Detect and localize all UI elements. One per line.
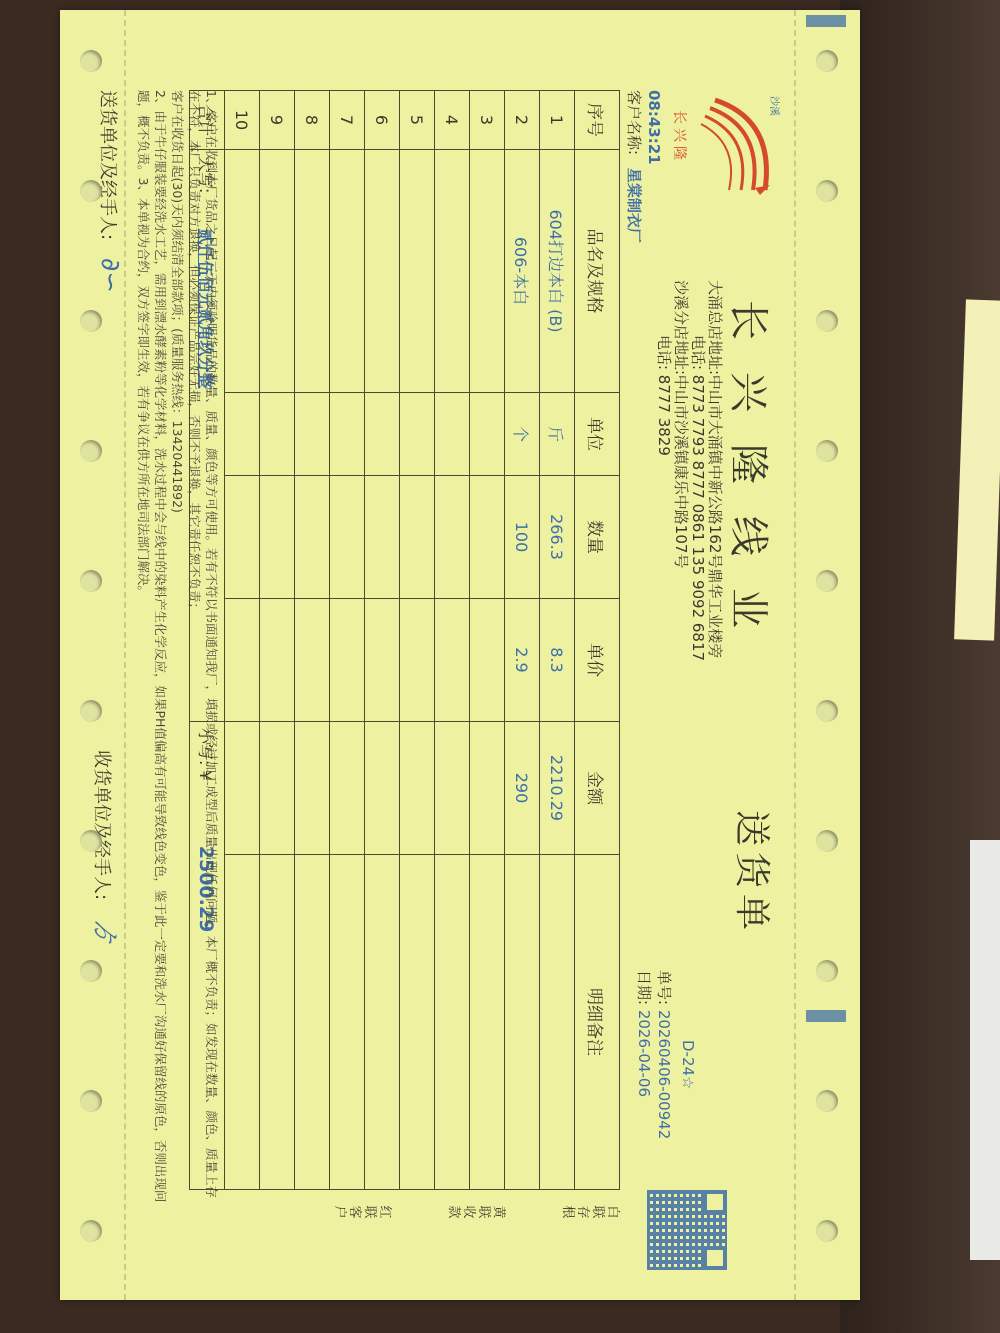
- qr-code-icon: [647, 1190, 727, 1270]
- print-time: 08:43:21: [645, 90, 663, 165]
- row-no: 2: [505, 91, 540, 150]
- table-row: 3: [470, 91, 505, 1190]
- row-unit: [260, 393, 295, 476]
- col-header-note: 明细备注: [575, 855, 620, 1190]
- tractor-hole: [80, 700, 102, 722]
- ink-stamp-mark: [806, 1010, 846, 1022]
- row-amount: [365, 722, 400, 855]
- row-note: [435, 855, 470, 1190]
- row-price: [225, 599, 260, 722]
- row-qty: [260, 476, 295, 599]
- branch-phone: 电话: 8777 3829: [655, 280, 672, 456]
- order-date-label: 日期:: [635, 970, 653, 1005]
- row-note: [365, 855, 400, 1190]
- row-name: [365, 150, 400, 393]
- hq-address: 大涌总店地址: 中山市大涌镇中新公路162号鼎华工业楼旁: [706, 280, 723, 658]
- table-row: 5: [400, 91, 435, 1190]
- document-title: 送货单: [729, 810, 780, 936]
- delivery-note-sheet: 沙溪 长兴隆 长兴隆线业 送货单 大涌总店地址: 中山市大涌镇中新公路162号鼎…: [60, 10, 860, 1300]
- col-header-qty: 数量: [575, 476, 620, 599]
- row-unit: [400, 393, 435, 476]
- row-note: [470, 855, 505, 1190]
- tractor-hole: [816, 50, 838, 72]
- branch-address-value: 中山市沙溪镇康乐中路107号: [672, 375, 690, 569]
- tractor-hole: [816, 1220, 838, 1242]
- row-amount: [260, 722, 295, 855]
- row-qty: [435, 476, 470, 599]
- row-qty: [400, 476, 435, 599]
- row-unit: 个: [505, 393, 540, 476]
- document-header: 沙溪 长兴隆 长兴隆线业 送货单 大涌总店地址: 中山市大涌镇中新公路162号鼎…: [635, 80, 785, 1230]
- hq-phone-value: 8773 7793 8777 0861 135 9092 6817: [689, 375, 707, 661]
- row-unit: [470, 393, 505, 476]
- row-amount: 290: [505, 722, 540, 855]
- col-header-no: 序号: [575, 91, 620, 150]
- row-no: 5: [400, 91, 435, 150]
- row-amount: [435, 722, 470, 855]
- row-note: [330, 855, 365, 1190]
- table-header-row: 序号 品名及规格 单位 数量 单价 金额 明细备注: [575, 91, 620, 1190]
- row-name: [400, 150, 435, 393]
- logo-caption: 沙溪: [768, 96, 783, 116]
- customer-line: 客户名称: 星棠制衣厂: [624, 90, 645, 243]
- background-paper: [970, 840, 1000, 1260]
- branch-phone-value: 8777 3829: [655, 375, 673, 456]
- row-note: [505, 855, 540, 1190]
- table-row: 2 606-本白 个 100 2.9 290: [505, 91, 540, 1190]
- tractor-hole: [816, 960, 838, 982]
- tractor-hole: [816, 1090, 838, 1112]
- row-amount: 2210.29: [540, 722, 575, 855]
- row-price: [470, 599, 505, 722]
- tractor-hole: [80, 1090, 102, 1112]
- logo-brand-text: 长兴隆: [670, 110, 690, 164]
- row-price: [365, 599, 400, 722]
- order-number-value: 20260406-00942: [655, 1010, 673, 1139]
- row-amount: [295, 722, 330, 855]
- tractor-hole: [80, 830, 102, 852]
- order-number: 单号: 20260406-00942: [654, 970, 675, 1139]
- copy-label-red: 红联客户: [332, 1200, 392, 1224]
- tractor-hole: [80, 310, 102, 332]
- terms-and-conditions: 1、客户在收到本厂货品之日起三天内须验明货品的数量、质量、颜色等方可使用。若有不…: [135, 90, 220, 1210]
- row-price: [295, 599, 330, 722]
- row-unit: [330, 393, 365, 476]
- branch-phone-label: 电话:: [655, 280, 672, 370]
- order-date: 日期: 2026-04-06: [634, 970, 655, 1097]
- copy-label-yellow: 黄联收款: [446, 1200, 506, 1224]
- table-row: 9: [260, 91, 295, 1190]
- row-no: 1: [540, 91, 575, 150]
- row-price: 2.9: [505, 599, 540, 722]
- tractor-hole: [816, 180, 838, 202]
- table-row: 4: [435, 91, 470, 1190]
- company-name: 长兴隆线业: [723, 300, 780, 660]
- row-no: 3: [470, 91, 505, 150]
- row-name: [435, 150, 470, 393]
- row-unit: [365, 393, 400, 476]
- row-amount: [470, 722, 505, 855]
- row-no: 4: [435, 91, 470, 150]
- hq-address-label: 大涌总店地址:: [706, 280, 723, 370]
- table-row: 8: [295, 91, 330, 1190]
- tractor-hole: [80, 1220, 102, 1242]
- table-row: 1 604打边本白 (B) 斤 266.3 8.3 2210.29: [540, 91, 575, 1190]
- tractor-hole: [816, 310, 838, 332]
- hq-phone-label: 电话:: [689, 280, 706, 370]
- terms-line: 2、由于牛仔服装要经洗水工艺，需用到漂水酵素粉等化学材料，洗水过程中会与线中的染…: [135, 90, 169, 1210]
- row-unit: [435, 393, 470, 476]
- row-price: [400, 599, 435, 722]
- table-row: 6: [365, 91, 400, 1190]
- terms-line: 客户在收货日起(30)天内须结清全部款项；(质量服务热线：13420441892…: [169, 90, 186, 1210]
- customer-name: 星棠制衣厂: [625, 168, 643, 243]
- row-qty: 100: [505, 476, 540, 599]
- row-amount: [400, 722, 435, 855]
- tractor-hole: [816, 830, 838, 852]
- row-qty: 266.3: [540, 476, 575, 599]
- row-note: [400, 855, 435, 1190]
- delivery-note-photo: 沙溪 长兴隆 长兴隆线业 送货单 大涌总店地址: 中山市大涌镇中新公路162号鼎…: [55, 10, 860, 1320]
- copy-label-white: 白联存根: [560, 1200, 620, 1224]
- row-name: 604打边本白 (B): [540, 150, 575, 393]
- row-qty: [470, 476, 505, 599]
- terms-line: 1、客户在收到本厂货品之日起三天内须验明货品的数量、质量、颜色等方可使用。若有不…: [186, 90, 220, 1210]
- row-no: 8: [295, 91, 330, 150]
- row-name: [225, 150, 260, 393]
- row-note: [540, 855, 575, 1190]
- tractor-hole: [80, 960, 102, 982]
- col-header-name: 品名及规格: [575, 150, 620, 393]
- table-row: 10: [225, 91, 260, 1190]
- tractor-hole: [816, 440, 838, 462]
- tractor-hole: [80, 440, 102, 462]
- ink-stamp-mark: [806, 15, 846, 27]
- row-note: [260, 855, 295, 1190]
- row-name: [470, 150, 505, 393]
- row-note: [225, 855, 260, 1190]
- row-unit: 斤: [540, 393, 575, 476]
- col-header-unit: 单位: [575, 393, 620, 476]
- items-table: 序号 品名及规格 单位 数量 单价 金额 明细备注 1 604打边本白 (B) …: [189, 90, 620, 1190]
- row-no: 9: [260, 91, 295, 150]
- hq-address-value: 中山市大涌镇中新公路162号鼎华工业楼旁: [706, 375, 724, 659]
- row-name: 606-本白: [505, 150, 540, 393]
- col-header-price: 单价: [575, 599, 620, 722]
- hq-phone: 电话: 8773 7793 8777 0861 135 9092 6817: [689, 280, 706, 661]
- branch-address: 沙溪分店地址: 中山市沙溪镇康乐中路107号: [672, 280, 689, 568]
- row-qty: [225, 476, 260, 599]
- customer-label: 客户名称:: [625, 90, 643, 155]
- tractor-hole: [816, 700, 838, 722]
- row-price: [435, 599, 470, 722]
- tractor-hole: [80, 570, 102, 592]
- row-name: [260, 150, 295, 393]
- perforation-strip-top: [794, 10, 860, 1300]
- row-price: 8.3: [540, 599, 575, 722]
- tractor-hole: [80, 50, 102, 72]
- row-qty: [295, 476, 330, 599]
- order-date-value: 2026-04-06: [635, 1010, 653, 1097]
- branch-address-label: 沙溪分店地址:: [672, 280, 689, 370]
- row-name: [295, 150, 330, 393]
- row-qty: [365, 476, 400, 599]
- row-no: 6: [365, 91, 400, 150]
- row-price: [330, 599, 365, 722]
- row-name: [330, 150, 365, 393]
- row-no: 10: [225, 91, 260, 150]
- company-logo: 沙溪 长兴隆: [675, 90, 785, 200]
- copy-labels: 白联存根 黄联收款 红联客户: [278, 1200, 620, 1224]
- tractor-hole: [816, 570, 838, 592]
- row-amount: [330, 722, 365, 855]
- row-note: [295, 855, 330, 1190]
- row-amount: [225, 722, 260, 855]
- form-code: D-24☆: [679, 1040, 697, 1090]
- row-qty: [330, 476, 365, 599]
- row-unit: [295, 393, 330, 476]
- row-price: [260, 599, 295, 722]
- row-no: 7: [330, 91, 365, 150]
- table-row: 7: [330, 91, 365, 1190]
- row-unit: [225, 393, 260, 476]
- tractor-hole: [80, 180, 102, 202]
- order-number-label: 单号:: [655, 970, 673, 1005]
- col-header-amount: 金额: [575, 722, 620, 855]
- perforation-strip-bottom: [60, 10, 126, 1300]
